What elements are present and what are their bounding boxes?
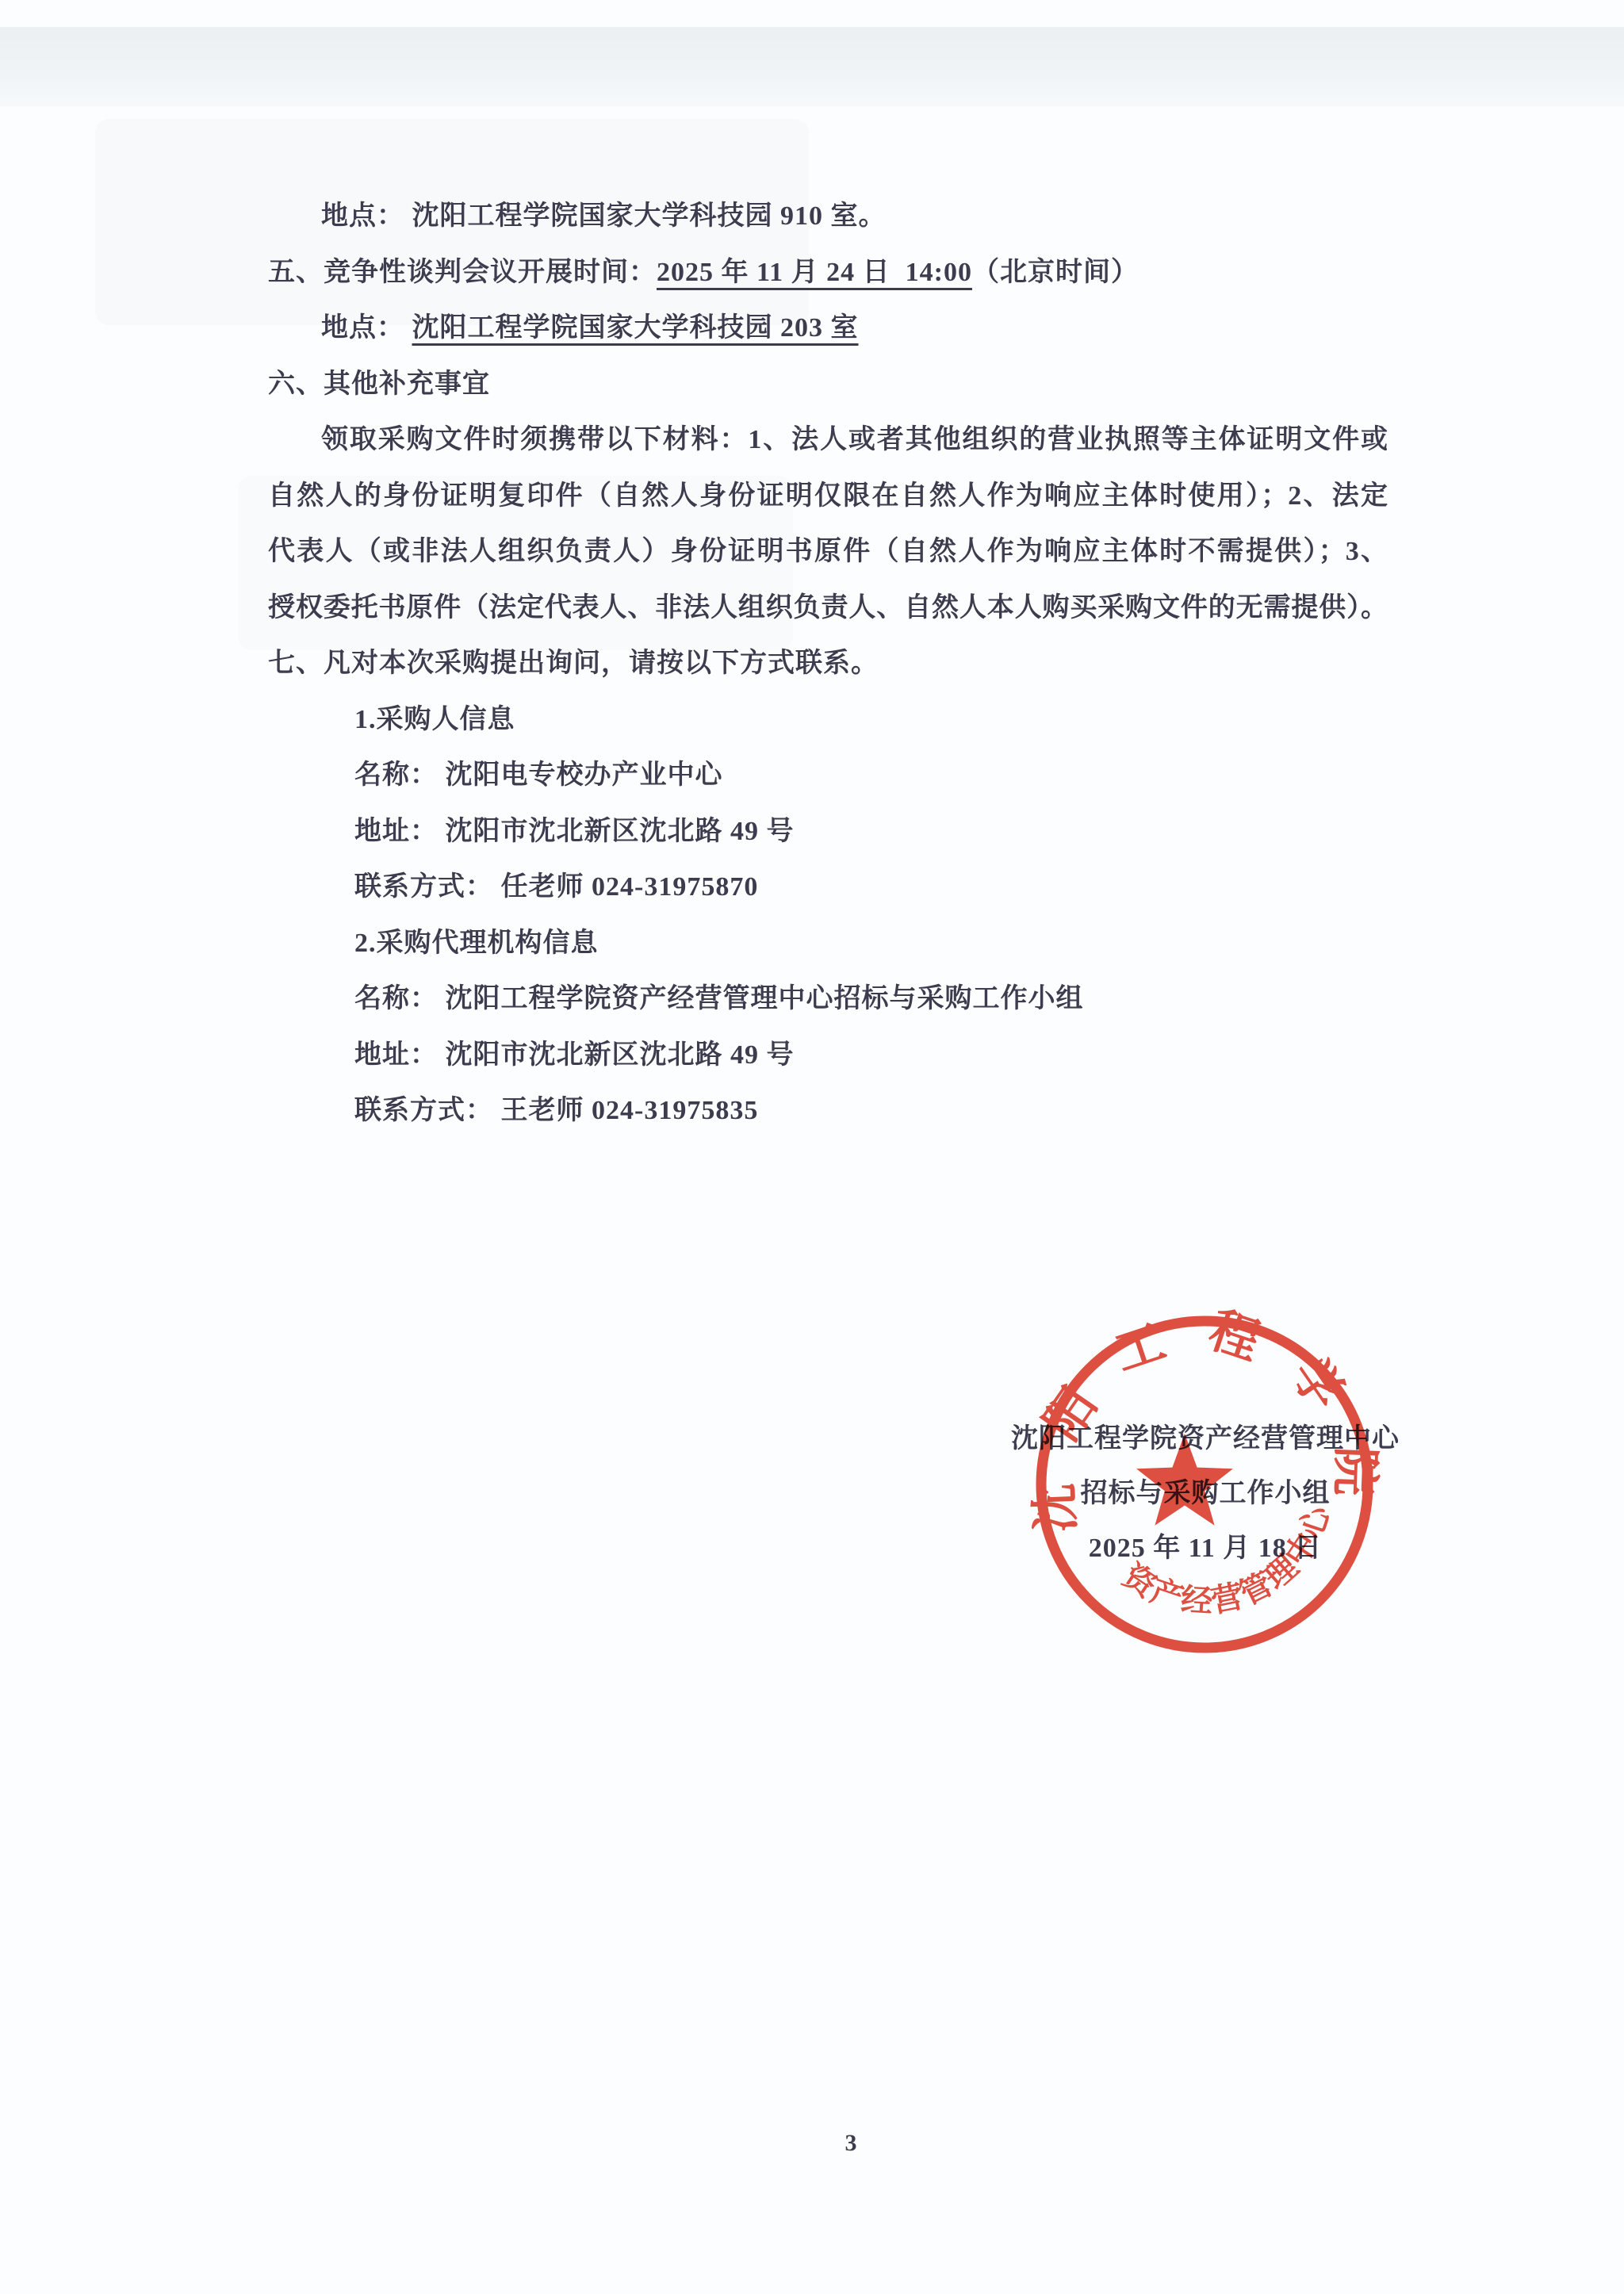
text-segment: 授权委托书原件（法定代表人、非法人组织负责人、自然人本人购买采购文件的无需提供）… [268,593,1388,622]
svg-text:资产经营管理中心: 资产经营管理中心 [1116,1500,1337,1620]
text-segment: 地点： [321,313,412,343]
text-segment: 地址： 沈阳市沈北新区沈北路 49 号 [354,817,795,846]
text-segment: 领取采购文件时须携带以下材料：1、法人或者其他组织的营业执照等主体证明文件或 [321,425,1388,454]
text-line: 五、竞争性谈判会议开展时间：2025 年 11 月 24 日 14:00（北京时… [0,245,1624,301]
text-line: 代表人（或非法人组织负责人）身份证明书原件（自然人作为响应主体时不需提供）；3、 [0,524,1388,580]
text-line: 2.采购代理机构信息 [0,916,1624,972]
text-line: 授权委托书原件（法定代表人、非法人组织负责人、自然人本人购买采购文件的无需提供）… [0,580,1388,637]
text-line: 地点： 沈阳工程学院国家大学科技园 203 室 [0,301,1624,357]
text-segment: 七、凡对本次采购提出询问，请按以下方式联系。 [268,649,879,678]
text-segment: 地点： 沈阳工程学院国家大学科技园 910 室。 [321,201,887,231]
underlined-text-segment: 沈阳工程学院国家大学科技园 203 室 [412,313,859,343]
text-segment: 名称： 沈阳电专校办产业中心 [354,760,723,790]
text-segment: 五、竞争性谈判会议开展时间： [268,258,657,287]
text-segment: （北京时间） [972,258,1139,287]
document-body: 地点： 沈阳工程学院国家大学科技园 910 室。五、竞争性谈判会议开展时间：20… [0,189,1624,1139]
text-segment: 联系方式： 任老师 024-31975870 [354,872,758,902]
text-segment: 地址： 沈阳市沈北新区沈北路 49 号 [354,1040,795,1070]
text-line: 名称： 沈阳工程学院资产经营管理中心招标与采购工作小组 [0,971,1624,1028]
scanned-document-page: { "colors": { "ink": "#3c3c4e", "stamp_r… [0,0,1624,2294]
text-line: 七、凡对本次采购提出询问，请按以下方式联系。 [0,636,1624,692]
text-line: 自然人的身份证明复印件（自然人身份证明仅限在自然人作为响应主体时使用）；2、法定 [0,469,1388,525]
text-line: 1.采购人信息 [0,692,1624,749]
text-segment: 六、其他补充事宜 [268,370,490,399]
text-line: 名称： 沈阳电专校办产业中心 [0,748,1624,804]
text-line: 地址： 沈阳市沈北新区沈北路 49 号 [0,1028,1624,1084]
text-segment: 名称： 沈阳工程学院资产经营管理中心招标与采购工作小组 [354,984,1084,1013]
text-line: 领取采购文件时须携带以下材料：1、法人或者其他组织的营业执照等主体证明文件或 [0,412,1388,469]
text-segment: 代表人（或非法人组织负责人）身份证明书原件（自然人作为响应主体时不需提供）；3、 [268,537,1388,566]
text-segment: 1.采购人信息 [354,705,515,734]
stamp-star [1136,1434,1233,1526]
official-stamp: 沈阳工程学院 资产经营管理中心 [1021,1308,1389,1676]
text-line: 地点： 沈阳工程学院国家大学科技园 910 室。 [0,189,1624,245]
text-line: 联系方式： 任老师 024-31975870 [0,860,1624,916]
underlined-text-segment: 2025 年 11 月 24 日 14:00 [657,258,972,287]
text-line: 地址： 沈阳市沈北新区沈北路 49 号 [0,804,1624,860]
text-line: 联系方式： 王老师 024-31975835 [0,1083,1624,1139]
text-segment: 2.采购代理机构信息 [354,929,599,958]
stamp-arc-text-bottom: 资产经营管理中心 [1116,1500,1337,1620]
scan-shadow-band [0,27,1624,106]
text-segment: 联系方式： 王老师 024-31975835 [354,1096,758,1125]
text-segment: 自然人的身份证明复印件（自然人身份证明仅限在自然人作为响应主体时使用）；2、法定 [268,481,1388,511]
text-line: 六、其他补充事宜 [0,357,1624,413]
page-number: 3 [825,2130,877,2157]
